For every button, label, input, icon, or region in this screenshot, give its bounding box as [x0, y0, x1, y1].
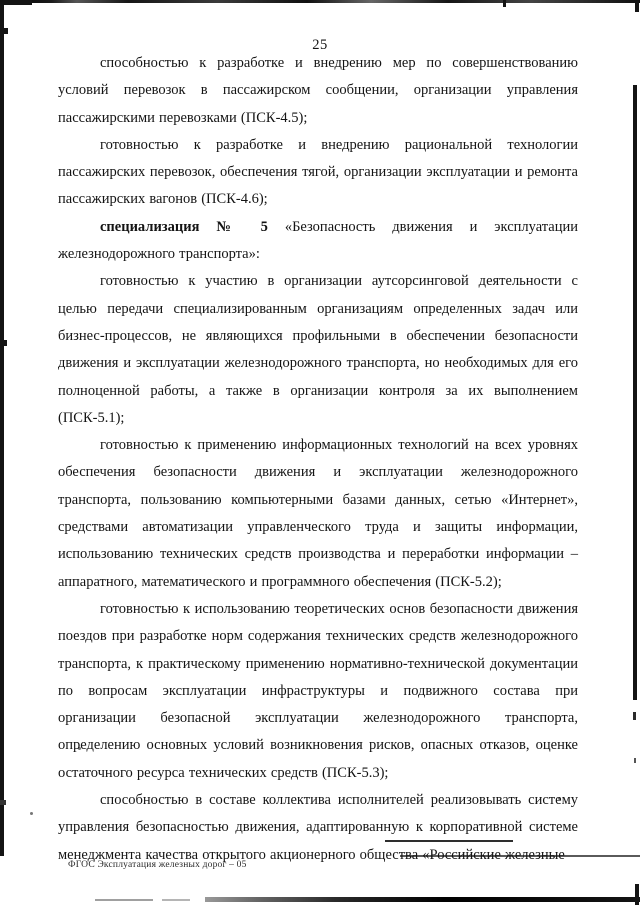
paragraph-psk-4-6: готовностью к разработке и внедрению рац…: [58, 132, 578, 214]
document-body: способностью к разработке и внедрению ме…: [58, 50, 578, 869]
scan-edge-top: [0, 0, 640, 3]
scan-top-right-tick: [635, 0, 639, 12]
paragraph-psk-5-1: готовностью к участию в организации аутс…: [58, 268, 578, 432]
scan-left-nub: [0, 800, 6, 805]
paragraph-psk-4-5: способностью к разработке и внедрению ме…: [58, 50, 578, 132]
scan-edge-bottom: [205, 897, 640, 902]
scan-left-nub: [0, 28, 8, 34]
scan-right-dash: [633, 712, 636, 720]
scan-edge-right: [633, 85, 637, 700]
scan-edge-left: [0, 0, 4, 856]
scan-bottom-dash: [162, 899, 190, 901]
scan-speck: [30, 812, 33, 815]
scan-left-nub: [0, 340, 7, 346]
paragraph-psk-5-4-partial: способностью в составе коллектива исполн…: [58, 787, 578, 869]
scan-bottom-right-tick: [635, 884, 639, 905]
paragraph-psk-5-2: готовностью к применению информационных …: [58, 432, 578, 596]
scan-bottom-dash: [95, 899, 153, 901]
scan-edge-top-corner: [0, 0, 32, 5]
paragraph-specialization-5: специализация № 5 «Безопасность движения…: [58, 214, 578, 269]
scan-right-dash: [634, 758, 636, 763]
footer-label: ФГОС Эксплуатация железных дорог – 05: [68, 860, 247, 870]
specialization-heading: специализация № 5: [100, 219, 268, 235]
paragraph-psk-5-3: готовностью к использованию теоретически…: [58, 596, 578, 787]
scan-top-tick: [503, 0, 506, 7]
